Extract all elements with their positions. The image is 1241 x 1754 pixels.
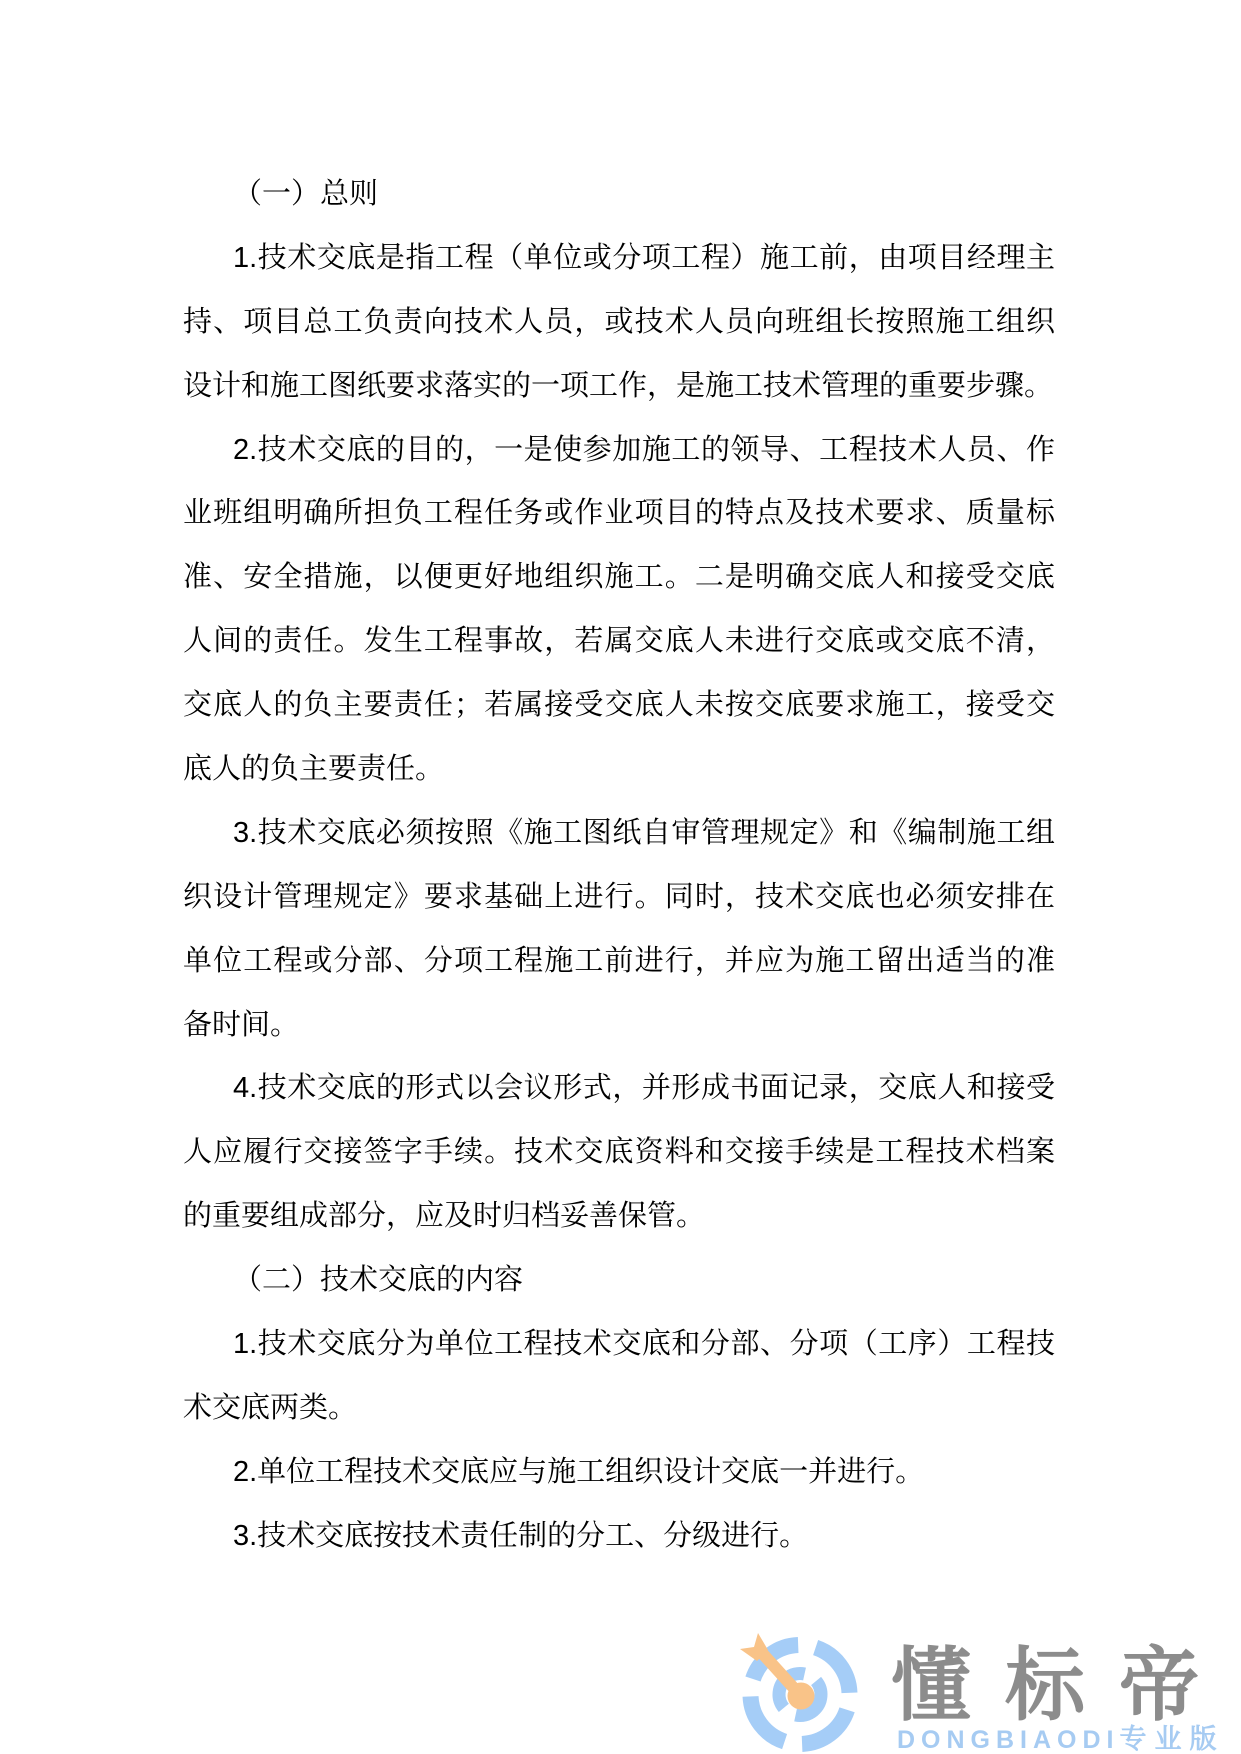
brand-latin-text: DONGBIAODI (897, 1726, 1120, 1754)
text-line: 术交底两类。 (183, 1377, 1055, 1441)
text-line: 的重要组成部分，应及时归档妥善保管。 (183, 1185, 1055, 1249)
heading-line: （一）总则 (183, 163, 1055, 227)
text-line: 织设计管理规定》要求基础上进行。同时，技术交底也必须安排在 (183, 866, 1055, 930)
text-line: 3.技术交底按技术责任制的分工、分级进行。 (183, 1505, 1055, 1569)
text-line: 设计和施工图纸要求落实的一项工作，是施工技术管理的重要步骤。 (183, 355, 1055, 419)
brand-name-cn: 懂标帝 (891, 1645, 1233, 1727)
document-body: （一）总则 1.技术交底是指工程（单位或分项工程）施工前，由项目经理主 持、项目… (183, 163, 1055, 1569)
brand-suffix-text: 专业版 (1120, 1724, 1225, 1754)
text-line: 单位工程或分部、分项工程施工前进行，并应为施工留出适当的准 (183, 930, 1055, 994)
text-line: 准、安全措施，以便更好地组织施工。二是明确交底人和接受交底 (183, 546, 1055, 610)
text-line: 1.技术交底分为单位工程技术交底和分部、分项（工序）工程技 (183, 1313, 1055, 1377)
target-center-dot (788, 1683, 815, 1710)
document-page: （一）总则 1.技术交底是指工程（单位或分项工程）施工前，由项目经理主 持、项目… (0, 0, 1241, 1754)
text-line: 2.单位工程技术交底应与施工组织设计交底一并进行。 (183, 1441, 1055, 1505)
target-dart-icon (735, 1633, 861, 1754)
text-line: 交底人的负主要责任；若属接受交底人未按交底要求施工，接受交 (183, 674, 1055, 738)
text-line: 3.技术交底必须按照《施工图纸自审管理规定》和《编制施工组 (183, 802, 1055, 866)
text-line: 备时间。 (183, 994, 1055, 1058)
text-line: 2.技术交底的目的，一是使参加施工的领导、工程技术人员、作 (183, 419, 1055, 483)
text-line: 人间的责任。发生工程事故，若属交底人未进行交底或交底不清， (183, 610, 1055, 674)
text-line: 底人的负主要责任。 (183, 738, 1055, 802)
text-line: 1.技术交底是指工程（单位或分项工程）施工前，由项目经理主 (183, 227, 1055, 291)
heading-line: （二）技术交底的内容 (183, 1249, 1055, 1313)
text-line: 4.技术交底的形式以会议形式，并形成书面记录，交底人和接受 (183, 1057, 1055, 1121)
brand-subtitle: DONGBIAODI专业版 (897, 1726, 1225, 1753)
text-line: 持、项目总工负责向技术人员，或技术人员向班组长按照施工组织 (183, 291, 1055, 355)
text-line: 人应履行交接签字手续。技术交底资料和交接手续是工程技术档案 (183, 1121, 1055, 1185)
text-line: 业班组明确所担负工程任务或作业项目的特点及技术要求、质量标 (183, 482, 1055, 546)
